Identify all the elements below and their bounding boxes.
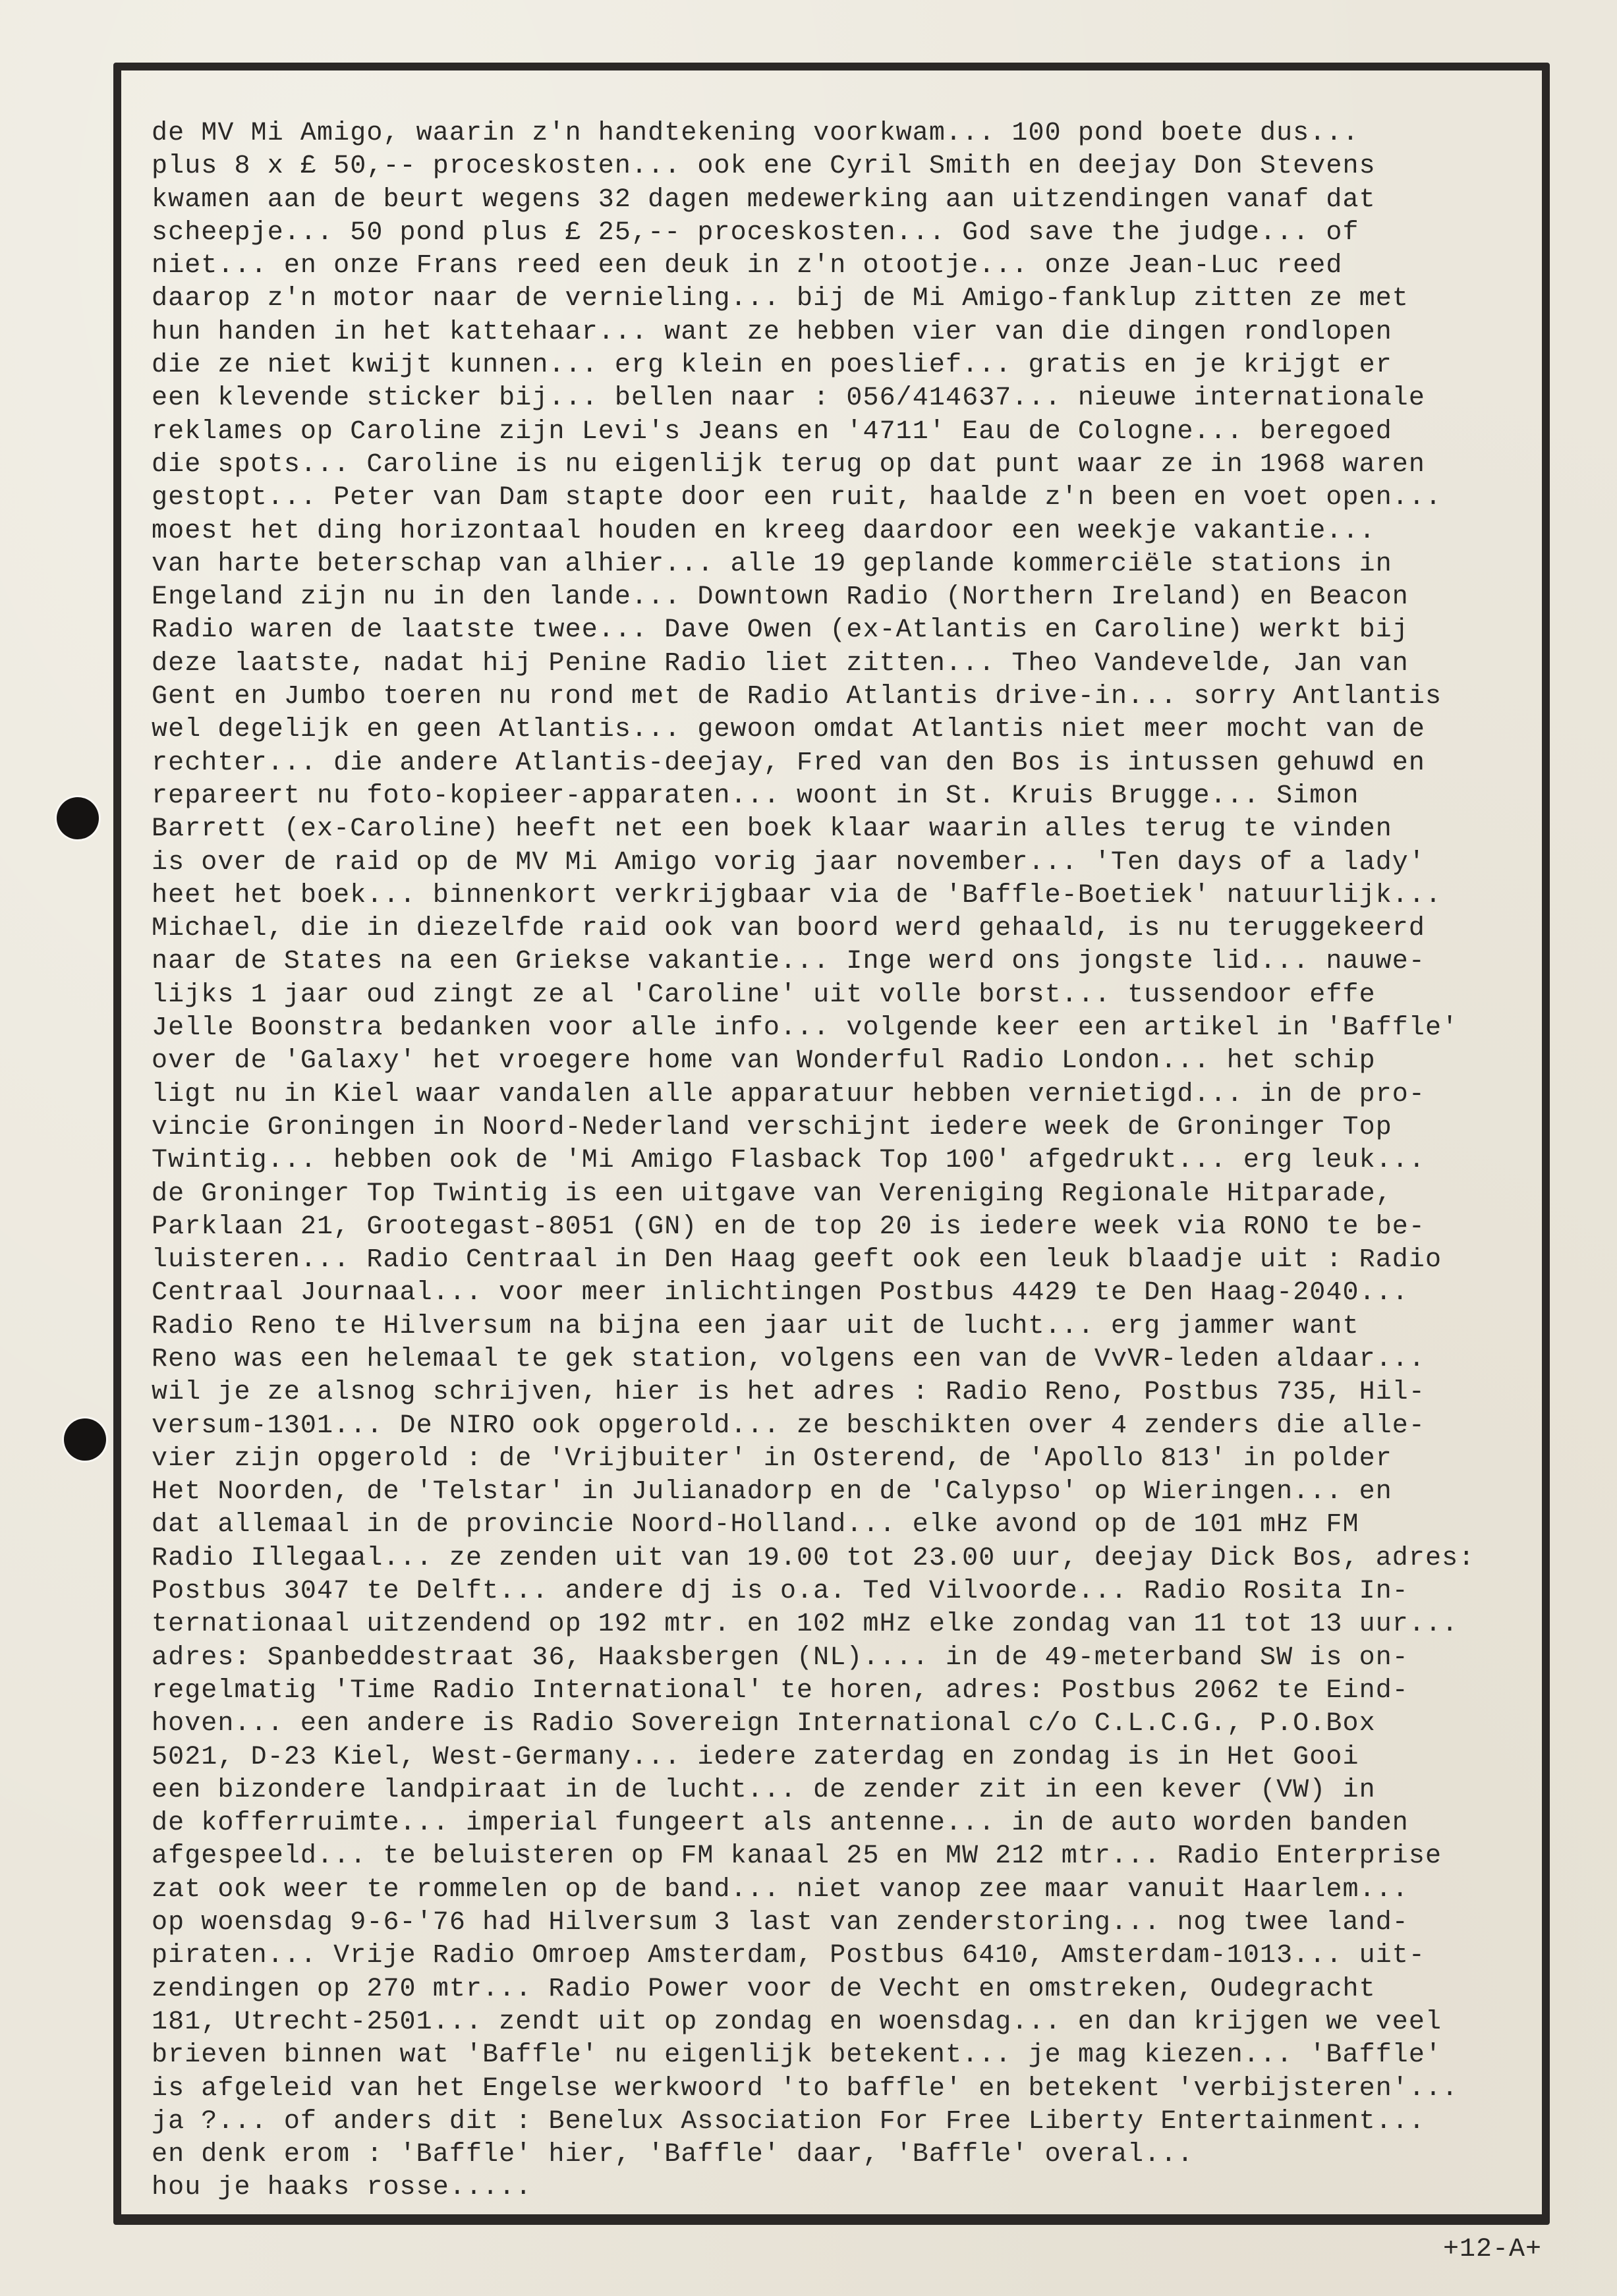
text-line: vier zijn opgerold : de 'Vrijbuiter' in …	[152, 1443, 1548, 1476]
text-line: scheepje... 50 pond plus £ 25,-- procesk…	[152, 217, 1548, 250]
text-line: reklames op Caroline zijn Levi's Jeans e…	[152, 416, 1548, 449]
text-line: piraten... Vrije Radio Omroep Amsterdam,…	[152, 1940, 1548, 1973]
text-line: Radio Reno te Hilversum na bijna een jaa…	[152, 1310, 1548, 1343]
text-line: versum-1301... De NIRO ook opgerold... z…	[152, 1410, 1548, 1443]
text-line: zat ook weer te rommelen op de band... n…	[152, 1874, 1548, 1907]
text-line: hou je haaks rosse.....	[152, 2171, 1548, 2204]
text-line: over de 'Galaxy' het vroegere home van W…	[152, 1045, 1548, 1078]
text-line: die spots... Caroline is nu eigenlijk te…	[152, 449, 1548, 482]
text-line: deze laatste, nadat hij Penine Radio lie…	[152, 648, 1548, 681]
text-line: Twintig... hebben ook de 'Mi Amigo Flasb…	[152, 1144, 1548, 1177]
text-line: Parklaan 21, Grootegast-8051 (GN) en de …	[152, 1211, 1548, 1244]
text-line: rechter... die andere Atlantis-deejay, F…	[152, 747, 1548, 780]
text-line: wel degelijk en geen Atlantis... gewoon …	[152, 714, 1548, 746]
scanned-page: de MV Mi Amigo, waarin z'n handtekening …	[0, 0, 1617, 2296]
text-line: afgespeeld... te beluisteren op FM kanaa…	[152, 1840, 1548, 1873]
text-line: ternationaal uitzendend op 192 mtr. en 1…	[152, 1608, 1548, 1641]
text-line: 181, Utrecht-2501... zendt uit op zondag…	[152, 2006, 1548, 2039]
text-line: Michael, die in diezelfde raid ook van b…	[152, 912, 1548, 945]
text-line: plus 8 x £ 50,-- proceskosten... ook ene…	[152, 150, 1548, 183]
text-line: Jelle Boonstra bedanken voor alle info..…	[152, 1012, 1548, 1045]
text-line: hun handen in het kattehaar... want ze h…	[152, 316, 1548, 349]
punch-hole-bottom	[64, 1418, 106, 1461]
text-line: Reno was een helemaal te gek station, vo…	[152, 1343, 1548, 1376]
text-line: ja ?... of anders dit : Benelux Associat…	[152, 2106, 1548, 2139]
text-line: wil je ze alsnog schrijven, hier is het …	[152, 1376, 1548, 1409]
text-line: dat allemaal in de provincie Noord-Holla…	[152, 1509, 1548, 1542]
text-line: hoven... een andere is Radio Sovereign I…	[152, 1708, 1548, 1741]
text-line: de kofferruimte... imperial fungeert als…	[152, 1807, 1548, 1840]
text-line: heet het boek... binnenkort verkrijgbaar…	[152, 880, 1548, 912]
text-line: brieven binnen wat 'Baffle' nu eigenlijk…	[152, 2039, 1548, 2072]
text-line: moest het ding horizontaal houden en kre…	[152, 515, 1548, 548]
page-number: +12-A+	[1443, 2235, 1542, 2264]
text-line: vincie Groningen in Noord-Nederland vers…	[152, 1111, 1548, 1144]
punch-hole-top	[57, 797, 99, 839]
text-line: naar de States na een Griekse vakantie..…	[152, 945, 1548, 978]
text-line: Radio waren de laatste twee... Dave Owen…	[152, 614, 1548, 647]
text-line: Radio Illegaal... ze zenden uit van 19.0…	[152, 1542, 1548, 1575]
text-line: lijks 1 jaar oud zingt ze al 'Caroline' …	[152, 979, 1548, 1012]
text-line: adres: Spanbeddestraat 36, Haaksbergen (…	[152, 1642, 1548, 1675]
text-line: gestopt... Peter van Dam stapte door een…	[152, 482, 1548, 515]
text-line: repareert nu foto-kopieer-apparaten... w…	[152, 780, 1548, 813]
text-line: regelmatig 'Time Radio International' te…	[152, 1675, 1548, 1708]
text-line: Postbus 3047 te Delft... andere dj is o.…	[152, 1575, 1548, 1608]
text-line: ligt nu in Kiel waar vandalen alle appar…	[152, 1078, 1548, 1111]
text-line: die ze niet kwijt kunnen... erg klein en…	[152, 349, 1548, 382]
text-line: de Groninger Top Twintig is een uitgave …	[152, 1178, 1548, 1211]
text-line: een bizondere landpiraat in de lucht... …	[152, 1774, 1548, 1807]
text-line: luisteren... Radio Centraal in Den Haag …	[152, 1244, 1548, 1277]
text-line: 5021, D-23 Kiel, West-Germany... iedere …	[152, 1741, 1548, 1774]
text-line: op woensdag 9-6-'76 had Hilversum 3 last…	[152, 1907, 1548, 1940]
text-line: Het Noorden, de 'Telstar' in Julianadorp…	[152, 1476, 1548, 1509]
text-line: is afgeleid van het Engelse werkwoord 't…	[152, 2073, 1548, 2106]
text-line: zendingen op 270 mtr... Radio Power voor…	[152, 1973, 1548, 2006]
text-line: niet... en onze Frans reed een deuk in z…	[152, 250, 1548, 283]
text-line: is over de raid op de MV Mi Amigo vorig …	[152, 847, 1548, 880]
typewritten-body-text: de MV Mi Amigo, waarin z'n handtekening …	[152, 117, 1548, 2205]
text-line: Gent en Jumbo toeren nu rond met de Radi…	[152, 681, 1548, 714]
text-line: van harte beterschap van alhier... alle …	[152, 548, 1548, 581]
text-line: de MV Mi Amigo, waarin z'n handtekening …	[152, 117, 1548, 150]
text-line: een klevende sticker bij... bellen naar …	[152, 382, 1548, 415]
text-line: daarop z'n motor naar de vernieling... b…	[152, 283, 1548, 316]
text-line: Engeland zijn nu in den lande... Downtow…	[152, 581, 1548, 614]
text-line: Centraal Journaal... voor meer inlichtin…	[152, 1277, 1548, 1310]
text-line: en denk erom : 'Baffle' hier, 'Baffle' d…	[152, 2139, 1548, 2171]
text-line: Barrett (ex-Caroline) heeft net een boek…	[152, 813, 1548, 846]
text-line: kwamen aan de beurt wegens 32 dagen mede…	[152, 184, 1548, 217]
